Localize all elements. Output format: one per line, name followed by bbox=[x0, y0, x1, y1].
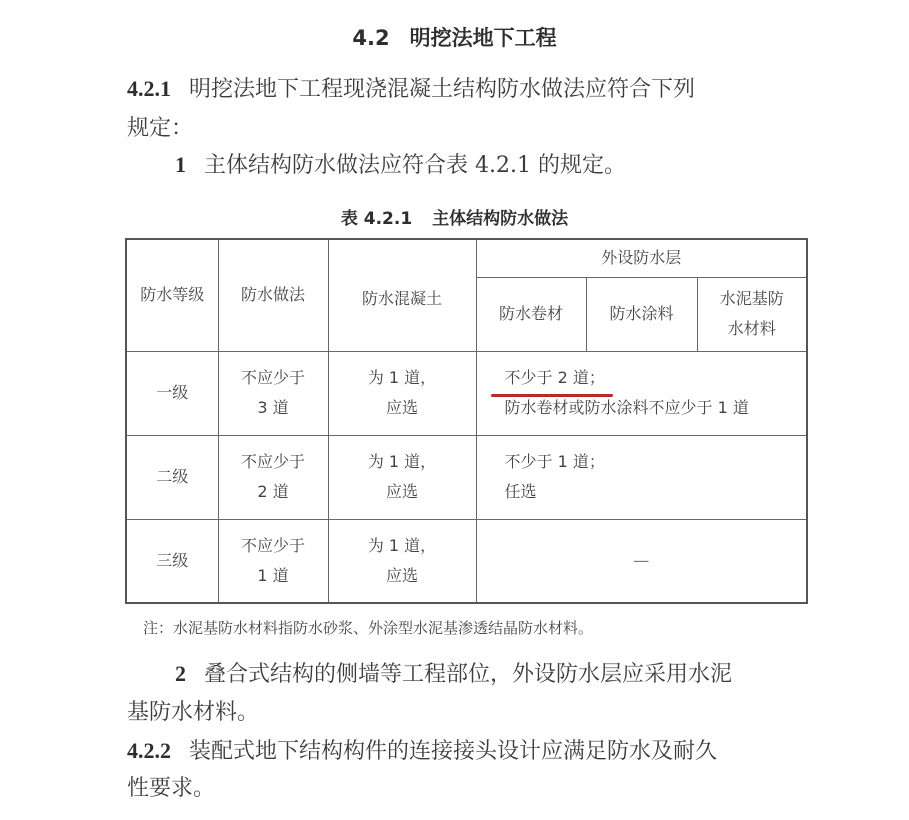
cell-external-line2: 防水卷材或防水涂料不应少于 1 道 bbox=[505, 393, 807, 423]
cell-method-line1: 不应少于 bbox=[219, 363, 328, 393]
table-row: 二级 不应少于 2 道 为 1 道， 应选 不少于 1 道； 任选 bbox=[126, 435, 807, 519]
cell-concrete-line2: 应选 bbox=[329, 477, 476, 507]
cell-method-line1: 不应少于 bbox=[219, 531, 328, 561]
clause-4-2-1-line1: 4.2.1明挖法地下工程现浇混凝土结构防水做法应符合下列 bbox=[127, 68, 695, 111]
cell-concrete: 为 1 道， 应选 bbox=[328, 519, 476, 603]
clause-number: 4.2.2 bbox=[127, 738, 171, 763]
item-2-line2: 基防水材料。 bbox=[127, 692, 259, 734]
red-underline-annotation: 不少于 2 道； bbox=[505, 363, 605, 393]
cell-external-line1: 不少于 1 道； bbox=[505, 447, 807, 477]
cell-concrete: 为 1 道， 应选 bbox=[328, 351, 476, 435]
item-text: 主体结构防水做法应符合表 4.2.1 的规定。 bbox=[204, 153, 626, 178]
table-note: 注：水泥基防水材料指防水砂浆、外涂型水泥基渗透结晶防水材料。 bbox=[143, 617, 593, 638]
table-header-row: 防水等级 防水做法 防水混凝土 外设防水层 bbox=[126, 239, 807, 277]
cell-grade: 三级 bbox=[126, 519, 218, 603]
clause-4-2-2-line1: 4.2.2装配式地下结构构件的连接接头设计应满足防水及耐久 bbox=[127, 730, 717, 773]
item-number: 1 bbox=[175, 152, 186, 177]
cell-grade: 一级 bbox=[126, 351, 218, 435]
cell-method-line2: 2 道 bbox=[219, 477, 328, 507]
header-cement-material: 水泥基防 水材料 bbox=[697, 277, 807, 351]
cell-grade: 二级 bbox=[126, 435, 218, 519]
cell-method: 不应少于 3 道 bbox=[218, 351, 328, 435]
cell-concrete-line1: 为 1 道， bbox=[329, 363, 476, 393]
cell-concrete-line1: 为 1 道， bbox=[329, 531, 476, 561]
header-cement-line2: 水材料 bbox=[698, 314, 807, 344]
header-concrete: 防水混凝土 bbox=[328, 239, 476, 351]
section-number: 4.2 bbox=[352, 26, 389, 50]
table-row: 三级 不应少于 1 道 为 1 道， 应选 — bbox=[126, 519, 807, 603]
header-grade: 防水等级 bbox=[126, 239, 218, 351]
cell-external: 不少于 2 道； 防水卷材或防水涂料不应少于 1 道 bbox=[476, 351, 807, 435]
header-cement-line1: 水泥基防 bbox=[698, 284, 807, 314]
cell-external-dash: — bbox=[476, 519, 807, 603]
cell-concrete-line2: 应选 bbox=[329, 561, 476, 591]
header-external-layer: 外设防水层 bbox=[476, 239, 807, 277]
cell-method-line1: 不应少于 bbox=[219, 447, 328, 477]
item-text: 叠合式结构的侧墙等工程部位，外设防水层应采用水泥 bbox=[204, 662, 732, 687]
clause-text: 明挖法地下工程现浇混凝土结构防水做法应符合下列 bbox=[189, 77, 695, 102]
section-heading: 4.2明挖法地下工程 bbox=[0, 22, 909, 52]
item-1: 1主体结构防水做法应符合表 4.2.1 的规定。 bbox=[175, 144, 626, 187]
waterproofing-table: 防水等级 防水做法 防水混凝土 外设防水层 防水卷材 防水涂料 水泥基防 水材料… bbox=[125, 238, 808, 604]
header-membrane: 防水卷材 bbox=[476, 277, 586, 351]
cell-method: 不应少于 2 道 bbox=[218, 435, 328, 519]
table-title: 主体结构防水做法 bbox=[432, 209, 568, 229]
section-title: 明挖法地下工程 bbox=[410, 26, 557, 50]
cell-external: 不少于 1 道； 任选 bbox=[476, 435, 807, 519]
table-caption: 表 4.2.1主体结构防水做法 bbox=[0, 204, 909, 229]
cell-method-line2: 1 道 bbox=[219, 561, 328, 591]
table-row: 一级 不应少于 3 道 为 1 道， 应选 不少于 2 道； 防水卷材或防水涂料… bbox=[126, 351, 807, 435]
item-2-line1: 2叠合式结构的侧墙等工程部位，外设防水层应采用水泥 bbox=[175, 653, 732, 696]
item-number: 2 bbox=[175, 661, 186, 686]
clause-text: 装配式地下结构构件的连接接头设计应满足防水及耐久 bbox=[189, 739, 717, 764]
cell-concrete: 为 1 道， 应选 bbox=[328, 435, 476, 519]
cell-concrete-line2: 应选 bbox=[329, 393, 476, 423]
header-coating: 防水涂料 bbox=[586, 277, 697, 351]
cell-method: 不应少于 1 道 bbox=[218, 519, 328, 603]
clause-4-2-2-line2: 性要求。 bbox=[127, 768, 215, 810]
cell-method-line2: 3 道 bbox=[219, 393, 328, 423]
cell-concrete-line1: 为 1 道， bbox=[329, 447, 476, 477]
clause-number: 4.2.1 bbox=[127, 76, 171, 101]
header-method: 防水做法 bbox=[218, 239, 328, 351]
table-number: 表 4.2.1 bbox=[341, 209, 412, 229]
cell-external-line2: 任选 bbox=[505, 477, 807, 507]
